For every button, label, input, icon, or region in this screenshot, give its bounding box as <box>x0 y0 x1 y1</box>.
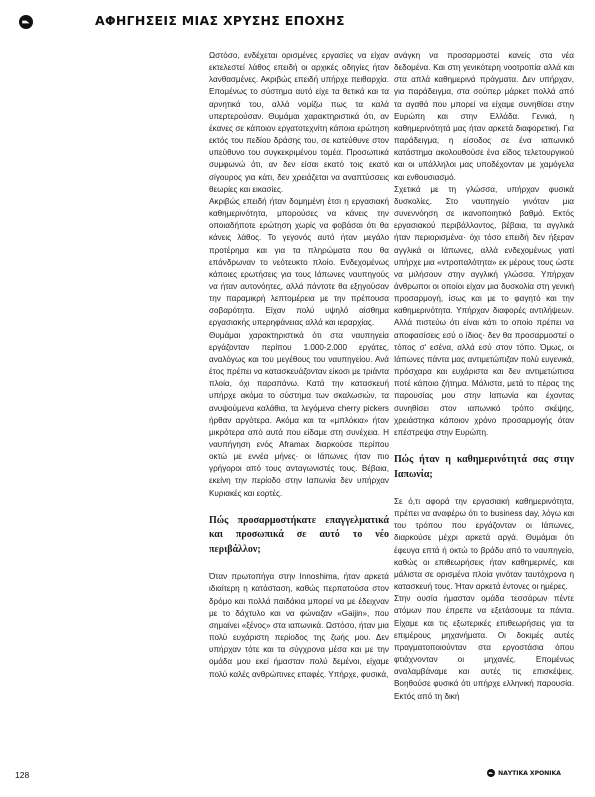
paragraph: Θυμάμαι χαρακτηριστικά ότι στα ναυπηγεία… <box>209 330 389 500</box>
paragraph: Σχετικά με τη γλώσσα, υπήρχαν φυσικά δυσ… <box>394 184 574 439</box>
paragraph: Στην ουσία ήμασταν ομάδα τεσσάρων πέντε … <box>394 593 574 702</box>
interview-question: Πώς ήταν η καθημερινότητά σας στην Ιαπων… <box>394 453 574 482</box>
paragraph: Όταν πρωτοπήγα στην Innoshima, ήταν αρκε… <box>209 571 389 680</box>
brand-circle-icon <box>487 769 495 777</box>
page-number: 128 <box>15 770 29 780</box>
paragraph: ανάγκη να προσαρμοστεί κανείς στα νέα δε… <box>394 50 574 184</box>
page-header: ΑΦΗΓΗΣΕΙΣ ΜΙΑΣ ΧΡΥΣΗΣ ΕΠΟΧΗΣ <box>0 0 595 40</box>
paragraph: Σε ό,τι αφορά την εργασιακή καθημερινότη… <box>394 496 574 593</box>
ship-circle-icon <box>19 15 33 29</box>
interview-question: Πώς προσαρμοστήκατε επαγγελματικά και πρ… <box>209 514 389 558</box>
paragraph: Ωστόσο, ενδέχεται ορισμένες εργασίες να … <box>209 50 389 196</box>
article-column-right: ανάγκη να προσαρμοστεί κανείς στα νέα δε… <box>394 50 574 703</box>
paragraph: Ακριβώς επειδή ήταν δομημένη έτσι η εργα… <box>209 196 389 330</box>
publication-brand: ΝΑΥΤΙΚΑ ΧΡΟΝΙΚΑ <box>487 769 561 777</box>
article-column-left: Ωστόσο, ενδέχεται ορισμένες εργασίες να … <box>209 50 389 681</box>
brand-name: ΝΑΥΤΙΚΑ ΧΡΟΝΙΚΑ <box>498 770 561 777</box>
section-title: ΑΦΗΓΗΣΕΙΣ ΜΙΑΣ ΧΡΥΣΗΣ ΕΠΟΧΗΣ <box>95 13 345 28</box>
